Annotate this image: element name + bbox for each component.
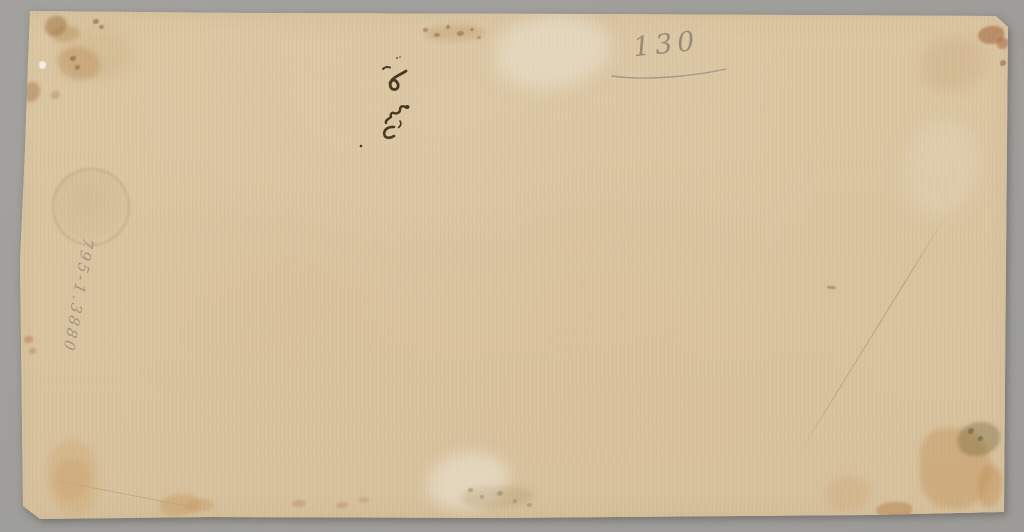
speck: [24, 336, 33, 343]
white-fleck: [39, 61, 46, 69]
speck: [358, 497, 369, 503]
stain-bottom-blob: [876, 502, 912, 518]
tiny-brown-mark: [827, 286, 836, 290]
stain-left-small: [51, 91, 60, 99]
pencil-number-inscription: 130: [632, 26, 701, 64]
stain-top-left-wash: [60, 30, 132, 80]
stain-top-right-b: [997, 38, 1009, 49]
speck: [292, 500, 306, 507]
stain-left-edge: [23, 82, 40, 102]
photo-gray-background: 130 795-1.3880: [0, 0, 1024, 532]
crease-diagonal-right: [798, 212, 949, 455]
light-patch-top: [495, 14, 610, 89]
stain-top-right-wash: [920, 36, 986, 91]
stain-bottom-smudge: [826, 476, 870, 510]
paper-sheet: 130 795-1.3880: [0, 0, 1024, 532]
pencil-accession-number: 795-1.3880: [59, 236, 97, 355]
light-patch-top-right: [905, 120, 980, 215]
speck: [336, 502, 348, 508]
speck: [99, 25, 104, 29]
pencil-underline: [600, 60, 735, 85]
stain-right-edge: [978, 465, 1002, 507]
paper-verso-surface: 130 795-1.3880: [0, 0, 1024, 532]
speck: [29, 348, 36, 354]
speck: [477, 36, 481, 39]
speck: [93, 19, 99, 24]
speck: [527, 503, 532, 507]
ink-inscription-arabic-icon: [350, 50, 420, 155]
stain-top-right-dot: [1000, 60, 1006, 66]
collector-blind-stamp: [52, 168, 130, 246]
